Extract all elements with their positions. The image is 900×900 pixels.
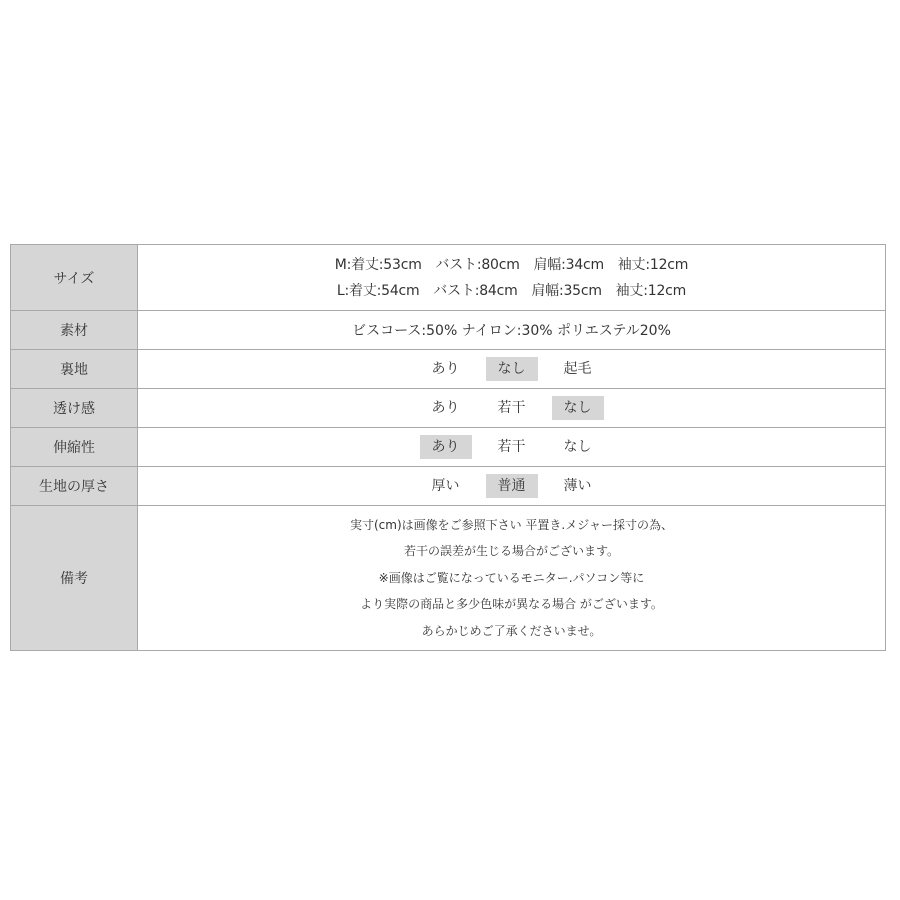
notes-line: 若干の誤差が生じる場合がございます。 [138,538,885,565]
label-stretch: 伸縮性 [11,428,138,467]
value-notes: 実寸(cm)は画像をご参照下さい 平置き.メジャー採寸の為、 若干の誤差が生じる… [138,506,886,651]
lining-options: あり なし 起毛 [420,357,604,381]
label-material: 素材 [11,311,138,350]
row-lining: 裏地 あり なし 起毛 [11,350,886,389]
value-size: M:着丈:53cm バスト:80cm 肩幅:34cm 袖丈:12cm L:着丈:… [138,245,886,311]
lining-option: 起毛 [552,357,604,381]
stretch-options: あり 若干 なし [420,435,604,459]
lining-option: なし [486,357,538,381]
label-sheerness: 透け感 [11,389,138,428]
row-stretch: 伸縮性 あり 若干 なし [11,428,886,467]
stretch-option: あり [420,435,472,459]
notes-line: ※画像はご覧になっているモニター.パソコン等に [138,565,885,592]
sheerness-options: あり 若干 なし [420,396,604,420]
row-notes: 備考 実寸(cm)は画像をご参照下さい 平置き.メジャー採寸の為、 若干の誤差が… [11,506,886,651]
notes-line: あらかじめご了承くださいませ。 [138,618,885,645]
lining-option: あり [420,357,472,381]
row-sheerness: 透け感 あり 若干 なし [11,389,886,428]
notes-line: 実寸(cm)は画像をご参照下さい 平置き.メジャー採寸の為、 [138,512,885,539]
label-lining: 裏地 [11,350,138,389]
label-thickness: 生地の厚さ [11,467,138,506]
stretch-option: 若干 [486,435,538,459]
thickness-options: 厚い 普通 薄い [420,474,604,498]
thickness-option: 普通 [486,474,538,498]
label-notes: 備考 [11,506,138,651]
row-material: 素材 ビスコース:50% ナイロン:30% ポリエステル20% [11,311,886,350]
thickness-option: 厚い [420,474,472,498]
value-material: ビスコース:50% ナイロン:30% ポリエステル20% [138,311,886,350]
size-line-l: L:着丈:54cm バスト:84cm 肩幅:35cm 袖丈:12cm [138,278,885,304]
sheerness-option: 若干 [486,396,538,420]
row-thickness: 生地の厚さ 厚い 普通 薄い [11,467,886,506]
sheerness-option: なし [552,396,604,420]
thickness-option: 薄い [552,474,604,498]
notes-line: より実際の商品と多少色味が異なる場合 がございます。 [138,591,885,618]
size-line-m: M:着丈:53cm バスト:80cm 肩幅:34cm 袖丈:12cm [138,252,885,278]
product-spec-table: サイズ M:着丈:53cm バスト:80cm 肩幅:34cm 袖丈:12cm L… [10,244,886,651]
sheerness-option: あり [420,396,472,420]
row-size: サイズ M:着丈:53cm バスト:80cm 肩幅:34cm 袖丈:12cm L… [11,245,886,311]
label-size: サイズ [11,245,138,311]
stretch-option: なし [552,435,604,459]
